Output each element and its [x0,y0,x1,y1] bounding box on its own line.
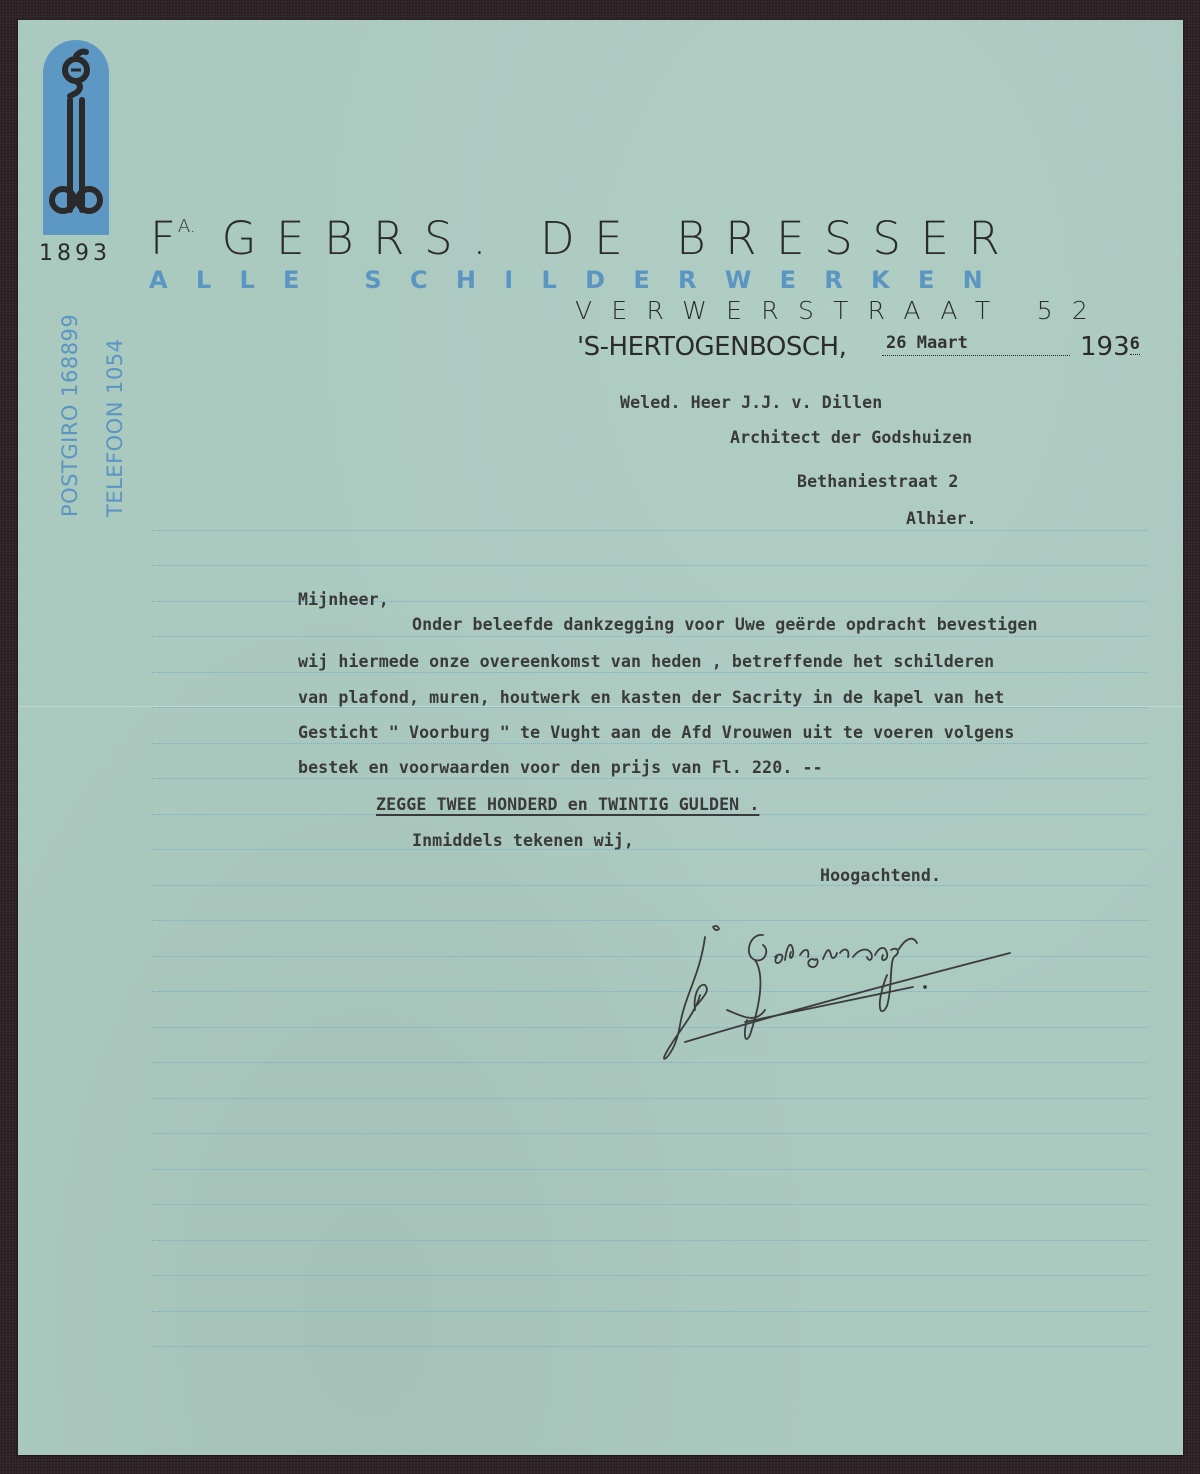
valediction: Hoogachtend. [820,866,941,885]
ruled-line [152,885,1148,886]
body-line: wij hiermede onze overeenkomst van heden… [298,652,994,671]
firm-name: FA.GEBRS. DE BRESSER [150,212,1019,265]
street-address: VERWERSTRAAT 52 [575,296,1107,325]
recipient-city: Alhier. [906,509,977,528]
key-monogram-icon [43,40,109,235]
recipient-title: Architect der Godshuizen [730,428,972,447]
ruled-line [152,672,1148,673]
closing-line: Inmiddels tekenen wij, [412,831,634,850]
amount-in-words: ZEGGE TWEE HONDERD en TWINTIG GULDEN . [376,795,759,814]
ruled-line [152,1275,1148,1276]
body-line: Onder beleefde dankzegging voor Uwe geër… [412,615,1038,634]
date-typed: 26 Maart [886,333,968,353]
ruled-line [152,1098,1148,1099]
recipient-street: Bethaniestraat 2 [797,472,958,491]
ruled-line [152,1169,1148,1170]
recipient-name: Weled. Heer J.J. v. Dillen [620,393,882,412]
body-line: Gesticht " Voorburg " te Vught aan de Af… [298,723,1014,742]
postgiro-number: POSTGIRO 168899 [58,314,82,517]
founded-year: 1893 [39,241,111,266]
signature [655,915,1035,1080]
tagline: ALLE SCHILDERWERKEN [149,266,1011,294]
company-logo [43,40,109,235]
firm-name-text: GEBRS. DE BRESSER [222,212,1020,265]
ruled-line [152,814,1148,815]
handwritten-signature-icon [655,915,1035,1075]
date-field: 26 Maart [882,333,1070,356]
ruled-line [152,1346,1148,1347]
firm-prefix-sup: A. [178,216,196,237]
ruled-line [152,743,1148,744]
ruled-line [152,1311,1148,1312]
year-field: 1936 [1080,332,1140,362]
city: 'S-HERTOGENBOSCH, [577,332,846,362]
year-printed: 193 [1080,332,1130,362]
firm-prefix: F [150,212,176,265]
ruled-line [152,530,1148,531]
ruled-line [152,565,1148,566]
ruled-line [152,778,1148,779]
ruled-line [152,636,1148,637]
ruled-line [152,1240,1148,1241]
year-typed: 6 [1130,334,1140,355]
body-line: bestek en voorwaarden voor den prijs van… [298,758,823,777]
body-line: van plafond, muren, houtwerk en kasten d… [298,688,1004,707]
telephone-number: TELEFOON 1054 [103,338,127,517]
salutation: Mijnheer, [298,590,389,609]
ruled-line [152,1204,1148,1205]
ruled-line [152,707,1148,708]
ruled-line [152,1133,1148,1134]
ruled-line [152,849,1148,850]
